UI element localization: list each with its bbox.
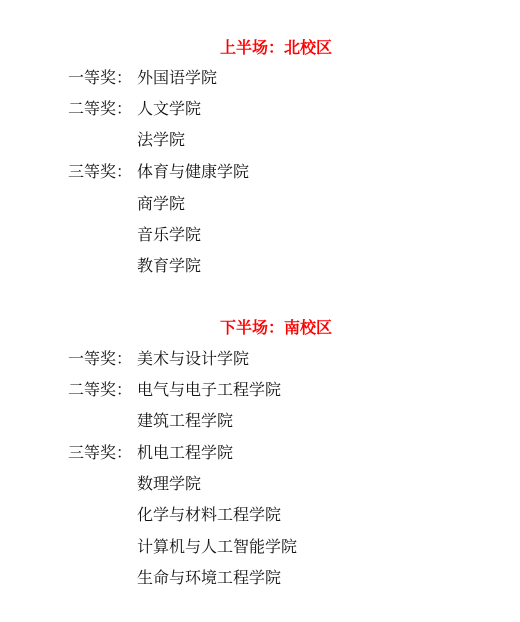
award-label: 一等奖： xyxy=(68,348,132,370)
college-name: 建筑工程学院 xyxy=(137,410,233,432)
college-name: 音乐学院 xyxy=(137,224,201,246)
college-name: 机电工程学院 xyxy=(137,442,233,464)
college-name: 人文学院 xyxy=(137,98,201,120)
college-name: 电气与电子工程学院 xyxy=(137,379,281,401)
section-title: 下半场：南校区 xyxy=(0,318,520,338)
college-name: 化学与材料工程学院 xyxy=(137,504,281,526)
award-label: 三等奖： xyxy=(68,442,132,464)
section-title: 上半场：北校区 xyxy=(0,38,520,58)
college-name: 计算机与人工智能学院 xyxy=(137,536,297,558)
award-label: 三等奖： xyxy=(68,161,132,183)
award-label: 二等奖： xyxy=(68,379,132,401)
college-name: 教育学院 xyxy=(137,255,201,277)
college-name: 法学院 xyxy=(137,129,185,151)
award-label: 一等奖： xyxy=(68,67,132,89)
college-name: 生命与环境工程学院 xyxy=(137,567,281,589)
college-name: 数理学院 xyxy=(137,473,201,495)
award-label: 二等奖： xyxy=(68,98,132,120)
college-name: 外国语学院 xyxy=(137,67,217,89)
college-name: 商学院 xyxy=(137,193,185,215)
college-name: 体育与健康学院 xyxy=(137,161,249,183)
college-name: 美术与设计学院 xyxy=(137,348,249,370)
